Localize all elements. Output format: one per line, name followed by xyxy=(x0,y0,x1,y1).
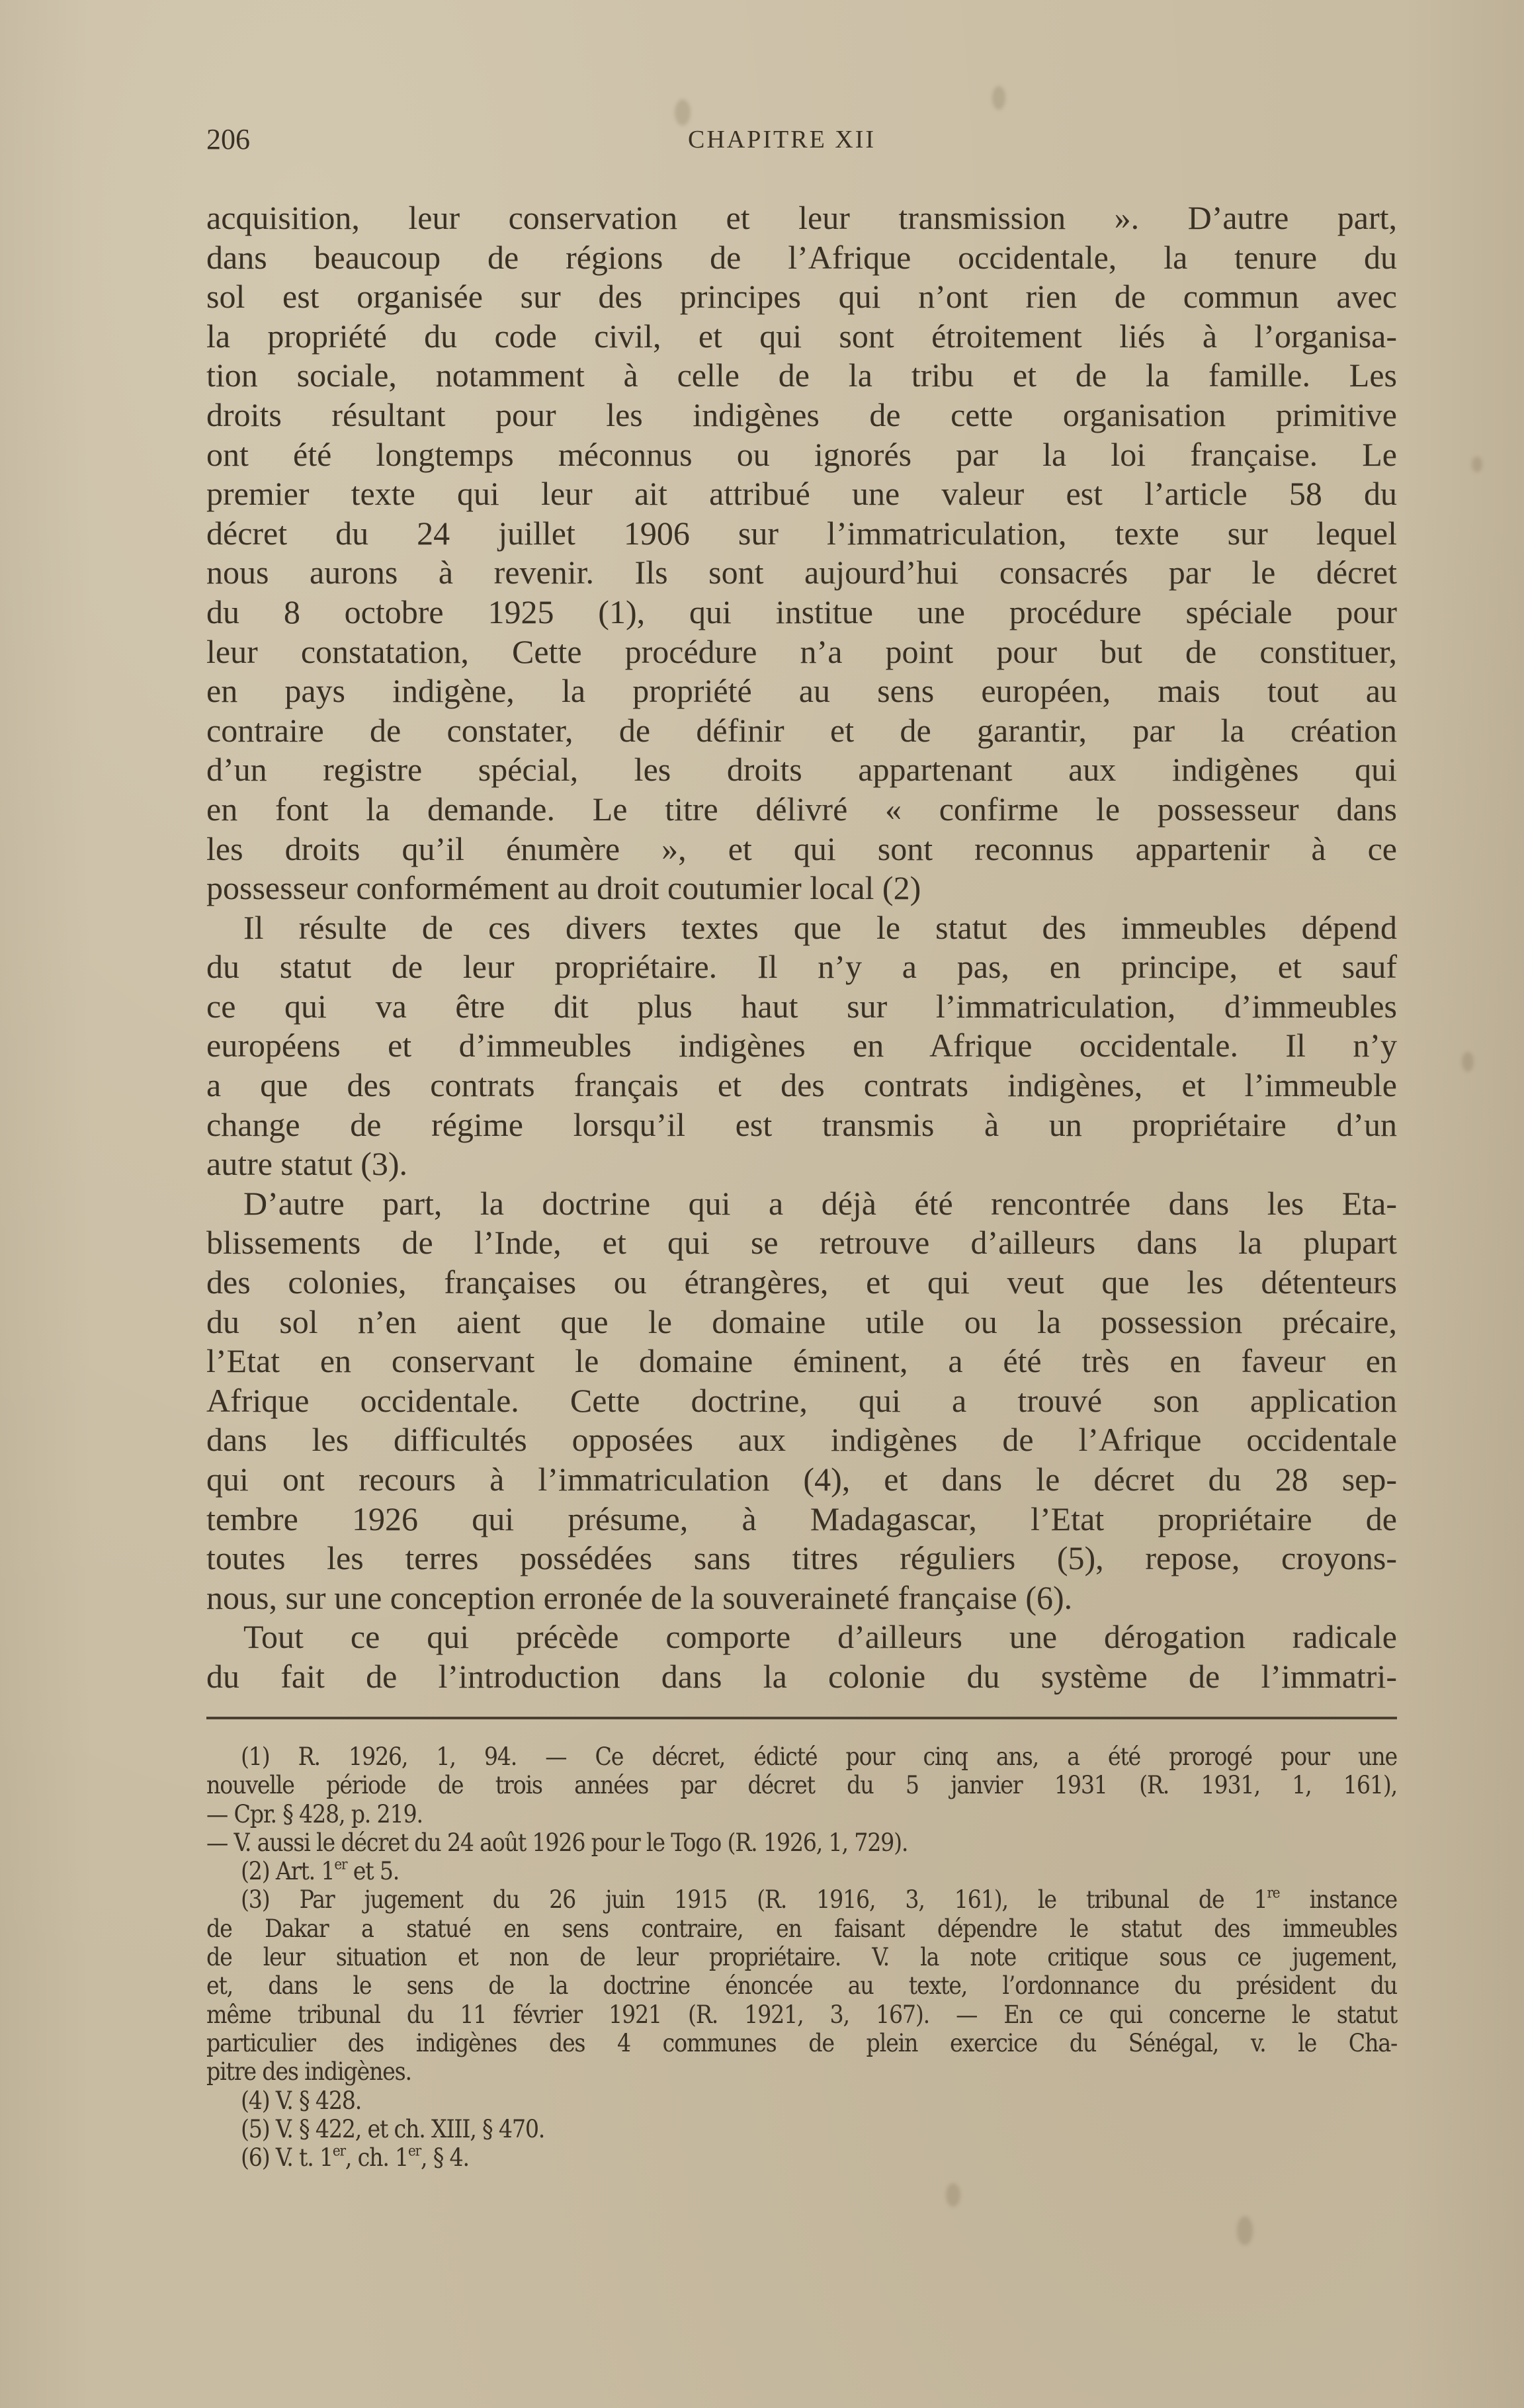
footnote-line: de Dakar a statué en sens contraire, en … xyxy=(206,1914,1397,1943)
body-line: du sol n’en aient que le domaine utile o… xyxy=(206,1303,1397,1342)
superscript: er xyxy=(408,2143,421,2160)
superscript: er xyxy=(334,1856,347,1873)
body-line: contraire de constater, de définir et de… xyxy=(206,711,1397,751)
body-line: du 8 octobre 1925 (1), qui institue une … xyxy=(206,593,1397,632)
body-line: autre statut (3). xyxy=(206,1144,1397,1184)
footnote-line: (5) V. § 422, et ch. XIII, § 470. xyxy=(206,2115,1397,2143)
body-line: en pays indigène, la propriété au sens e… xyxy=(206,671,1397,711)
footnote-line: (4) V. § 428. xyxy=(206,2086,1397,2115)
footnote-line: — V. aussi le décret du 24 août 1926 pou… xyxy=(206,1828,1397,1857)
body-line: droits résultant pour les indigènes de c… xyxy=(206,396,1397,435)
body-line: a que des contrats français et des contr… xyxy=(206,1066,1397,1105)
footnote-text: , ch. 1 xyxy=(345,2143,408,2172)
superscript: er xyxy=(333,2143,345,2160)
paper-stain xyxy=(946,2183,960,2207)
footnote-text: instance xyxy=(1279,1885,1397,1914)
book-page: 206 CHAPITRE XII acquisition, leur conse… xyxy=(0,0,1524,2408)
footnote-line: particulier des indigènes des 4 communes… xyxy=(206,2029,1397,2057)
footnotes: (1) R. 1926, 1, 94. — Ce décret, édicté … xyxy=(206,1742,1397,2172)
body-line: nous, sur une conception erronée de la s… xyxy=(206,1578,1397,1618)
running-head: 206 CHAPITRE XII xyxy=(206,123,1397,156)
paper-stain xyxy=(1462,1052,1474,1072)
body-line: D’autre part, la doctrine qui a déjà été… xyxy=(206,1184,1397,1224)
body-line: acquisition, leur conservation et leur t… xyxy=(206,198,1397,238)
footnote-text: (6) V. t. 1 xyxy=(241,2143,333,2172)
footnote-rule xyxy=(206,1717,1397,1719)
body-line: des colonies, françaises ou étrangères, … xyxy=(206,1263,1397,1303)
body-line: leur constatation, Cette procédure n’a p… xyxy=(206,632,1397,672)
body-line: blissements de l’Inde, et qui se retrouv… xyxy=(206,1223,1397,1263)
body-line: ont été longtemps méconnus ou ignorés pa… xyxy=(206,435,1397,475)
paper-stain xyxy=(992,86,1005,110)
footnote-line: même tribunal du 11 février 1921 (R. 192… xyxy=(206,2000,1397,2029)
body-line: tion sociale, notamment à celle de la tr… xyxy=(206,356,1397,396)
body-text: acquisition, leur conservation et leur t… xyxy=(206,198,1397,1697)
paper-stain xyxy=(1237,2216,1253,2245)
body-line: dans les difficultés opposées aux indigè… xyxy=(206,1420,1397,1460)
body-line: en font la demande. Le titre délivré « c… xyxy=(206,790,1397,830)
body-line: les droits qu’il énumère », et qui sont … xyxy=(206,830,1397,869)
body-line: d’un registre spécial, les droits appart… xyxy=(206,750,1397,790)
body-line: change de régime lorsqu’il est transmis … xyxy=(206,1105,1397,1145)
footnote-line: nouvelle période de trois années par déc… xyxy=(206,1771,1397,1799)
body-line: tembre 1926 qui présume, à Madagascar, l… xyxy=(206,1500,1397,1539)
body-line: toutes les terres possédées sans titres … xyxy=(206,1539,1397,1578)
body-line: du fait de l’introduction dans la coloni… xyxy=(206,1657,1397,1697)
body-line: ce qui va être dit plus haut sur l’immat… xyxy=(206,987,1397,1027)
body-line: l’Etat en conservant le domaine éminent,… xyxy=(206,1342,1397,1381)
body-line: décret du 24 juillet 1906 sur l’immatric… xyxy=(206,514,1397,554)
chapter-title: CHAPITRE XII xyxy=(688,123,876,156)
body-line: premier texte qui leur ait attribué une … xyxy=(206,474,1397,514)
body-line: européens et d’immeubles indigènes en Af… xyxy=(206,1026,1397,1066)
body-line: Il résulte de ces divers textes que le s… xyxy=(206,908,1397,948)
paper-stain xyxy=(675,99,691,126)
footnote-text: et 5. xyxy=(347,1857,399,1885)
page-number: 206 xyxy=(206,123,250,156)
body-line: la propriété du code civil, et qui sont … xyxy=(206,317,1397,357)
paper-stain xyxy=(1472,456,1482,472)
footnote-line: de leur situation et non de leur proprié… xyxy=(206,1943,1397,1971)
body-line: dans beaucoup de régions de l’Afrique oc… xyxy=(206,238,1397,278)
footnote-text: (3) Par jugement du 26 juin 1915 (R. 191… xyxy=(241,1885,1267,1914)
footnote-line: — Cpr. § 428, p. 219. xyxy=(206,1800,1397,1828)
footnote-line: pitre des indigènes. xyxy=(206,2057,1397,2086)
body-line: possesseur conformément au droit coutumi… xyxy=(206,869,1397,908)
body-line: Afrique occidentale. Cette doctrine, qui… xyxy=(206,1381,1397,1421)
body-line: du statut de leur propriétaire. Il n’y a… xyxy=(206,947,1397,987)
superscript: re xyxy=(1267,1885,1279,1902)
body-line: qui ont recours à l’immatriculation (4),… xyxy=(206,1460,1397,1500)
footnote-line: (2) Art. 1er et 5. xyxy=(206,1857,1397,1885)
footnote-text: , § 4. xyxy=(421,2143,469,2172)
body-line: Tout ce qui précède comporte d’ailleurs … xyxy=(206,1617,1397,1657)
footnote-text: (2) Art. 1 xyxy=(241,1857,334,1885)
footnote-line: et, dans le sens de la doctrine énoncée … xyxy=(206,1971,1397,2000)
body-line: sol est organisée sur des principes qui … xyxy=(206,277,1397,317)
footnote-line: (1) R. 1926, 1, 94. — Ce décret, édicté … xyxy=(206,1742,1397,1771)
footnote-line: (6) V. t. 1er, ch. 1er, § 4. xyxy=(206,2143,1397,2172)
body-line: nous aurons à revenir. Ils sont aujourd’… xyxy=(206,553,1397,593)
footnote-line: (3) Par jugement du 26 juin 1915 (R. 191… xyxy=(206,1885,1397,1914)
